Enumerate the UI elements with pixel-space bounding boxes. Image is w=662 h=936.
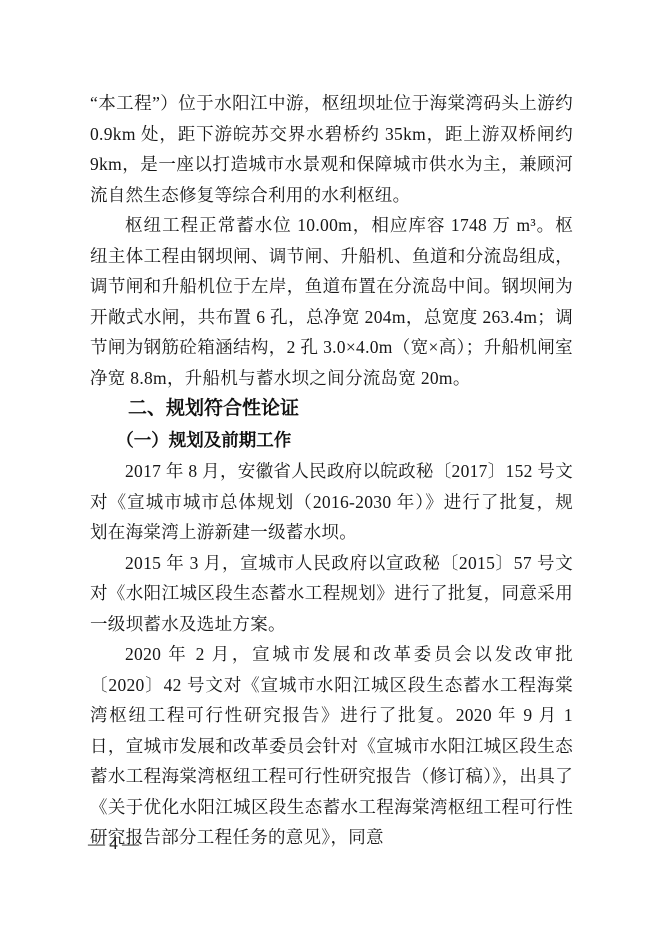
paragraph-hub-specifications: 枢纽工程正常蓄水位 10.00m，相应库容 1748 万 m³。枢纽主体工程由钢…: [90, 210, 573, 393]
paragraph-approval-2017: 2017 年 8 月，安徽省人民政府以皖政秘〔2017〕152 号文对《宣城市城…: [90, 456, 573, 548]
section-heading-planning-conformity: 二、规划符合性论证: [90, 393, 573, 425]
document-page: “本工程”）位于水阳江中游，枢纽坝址位于海棠湾码头上游约 0.9km 处，距下游…: [0, 0, 662, 936]
subsection-heading-planning-preliminary-work: （一）规划及前期工作: [90, 425, 573, 456]
paragraph-approval-2015: 2015 年 3 月，宣城市人民政府以宣政秘〔2015〕57 号文对《水阳江城区…: [90, 548, 573, 640]
paragraph-project-location: “本工程”）位于水阳江中游，枢纽坝址位于海棠湾码头上游约 0.9km 处，距下游…: [90, 88, 573, 210]
page-number: — 4 —: [88, 834, 139, 854]
page-content: “本工程”）位于水阳江中游，枢纽坝址位于海棠湾码头上游约 0.9km 处，距下游…: [90, 88, 573, 853]
paragraph-approval-2020: 2020 年 2 月，宣城市发展和改革委员会以发改审批〔2020〕42 号文对《…: [90, 639, 573, 853]
